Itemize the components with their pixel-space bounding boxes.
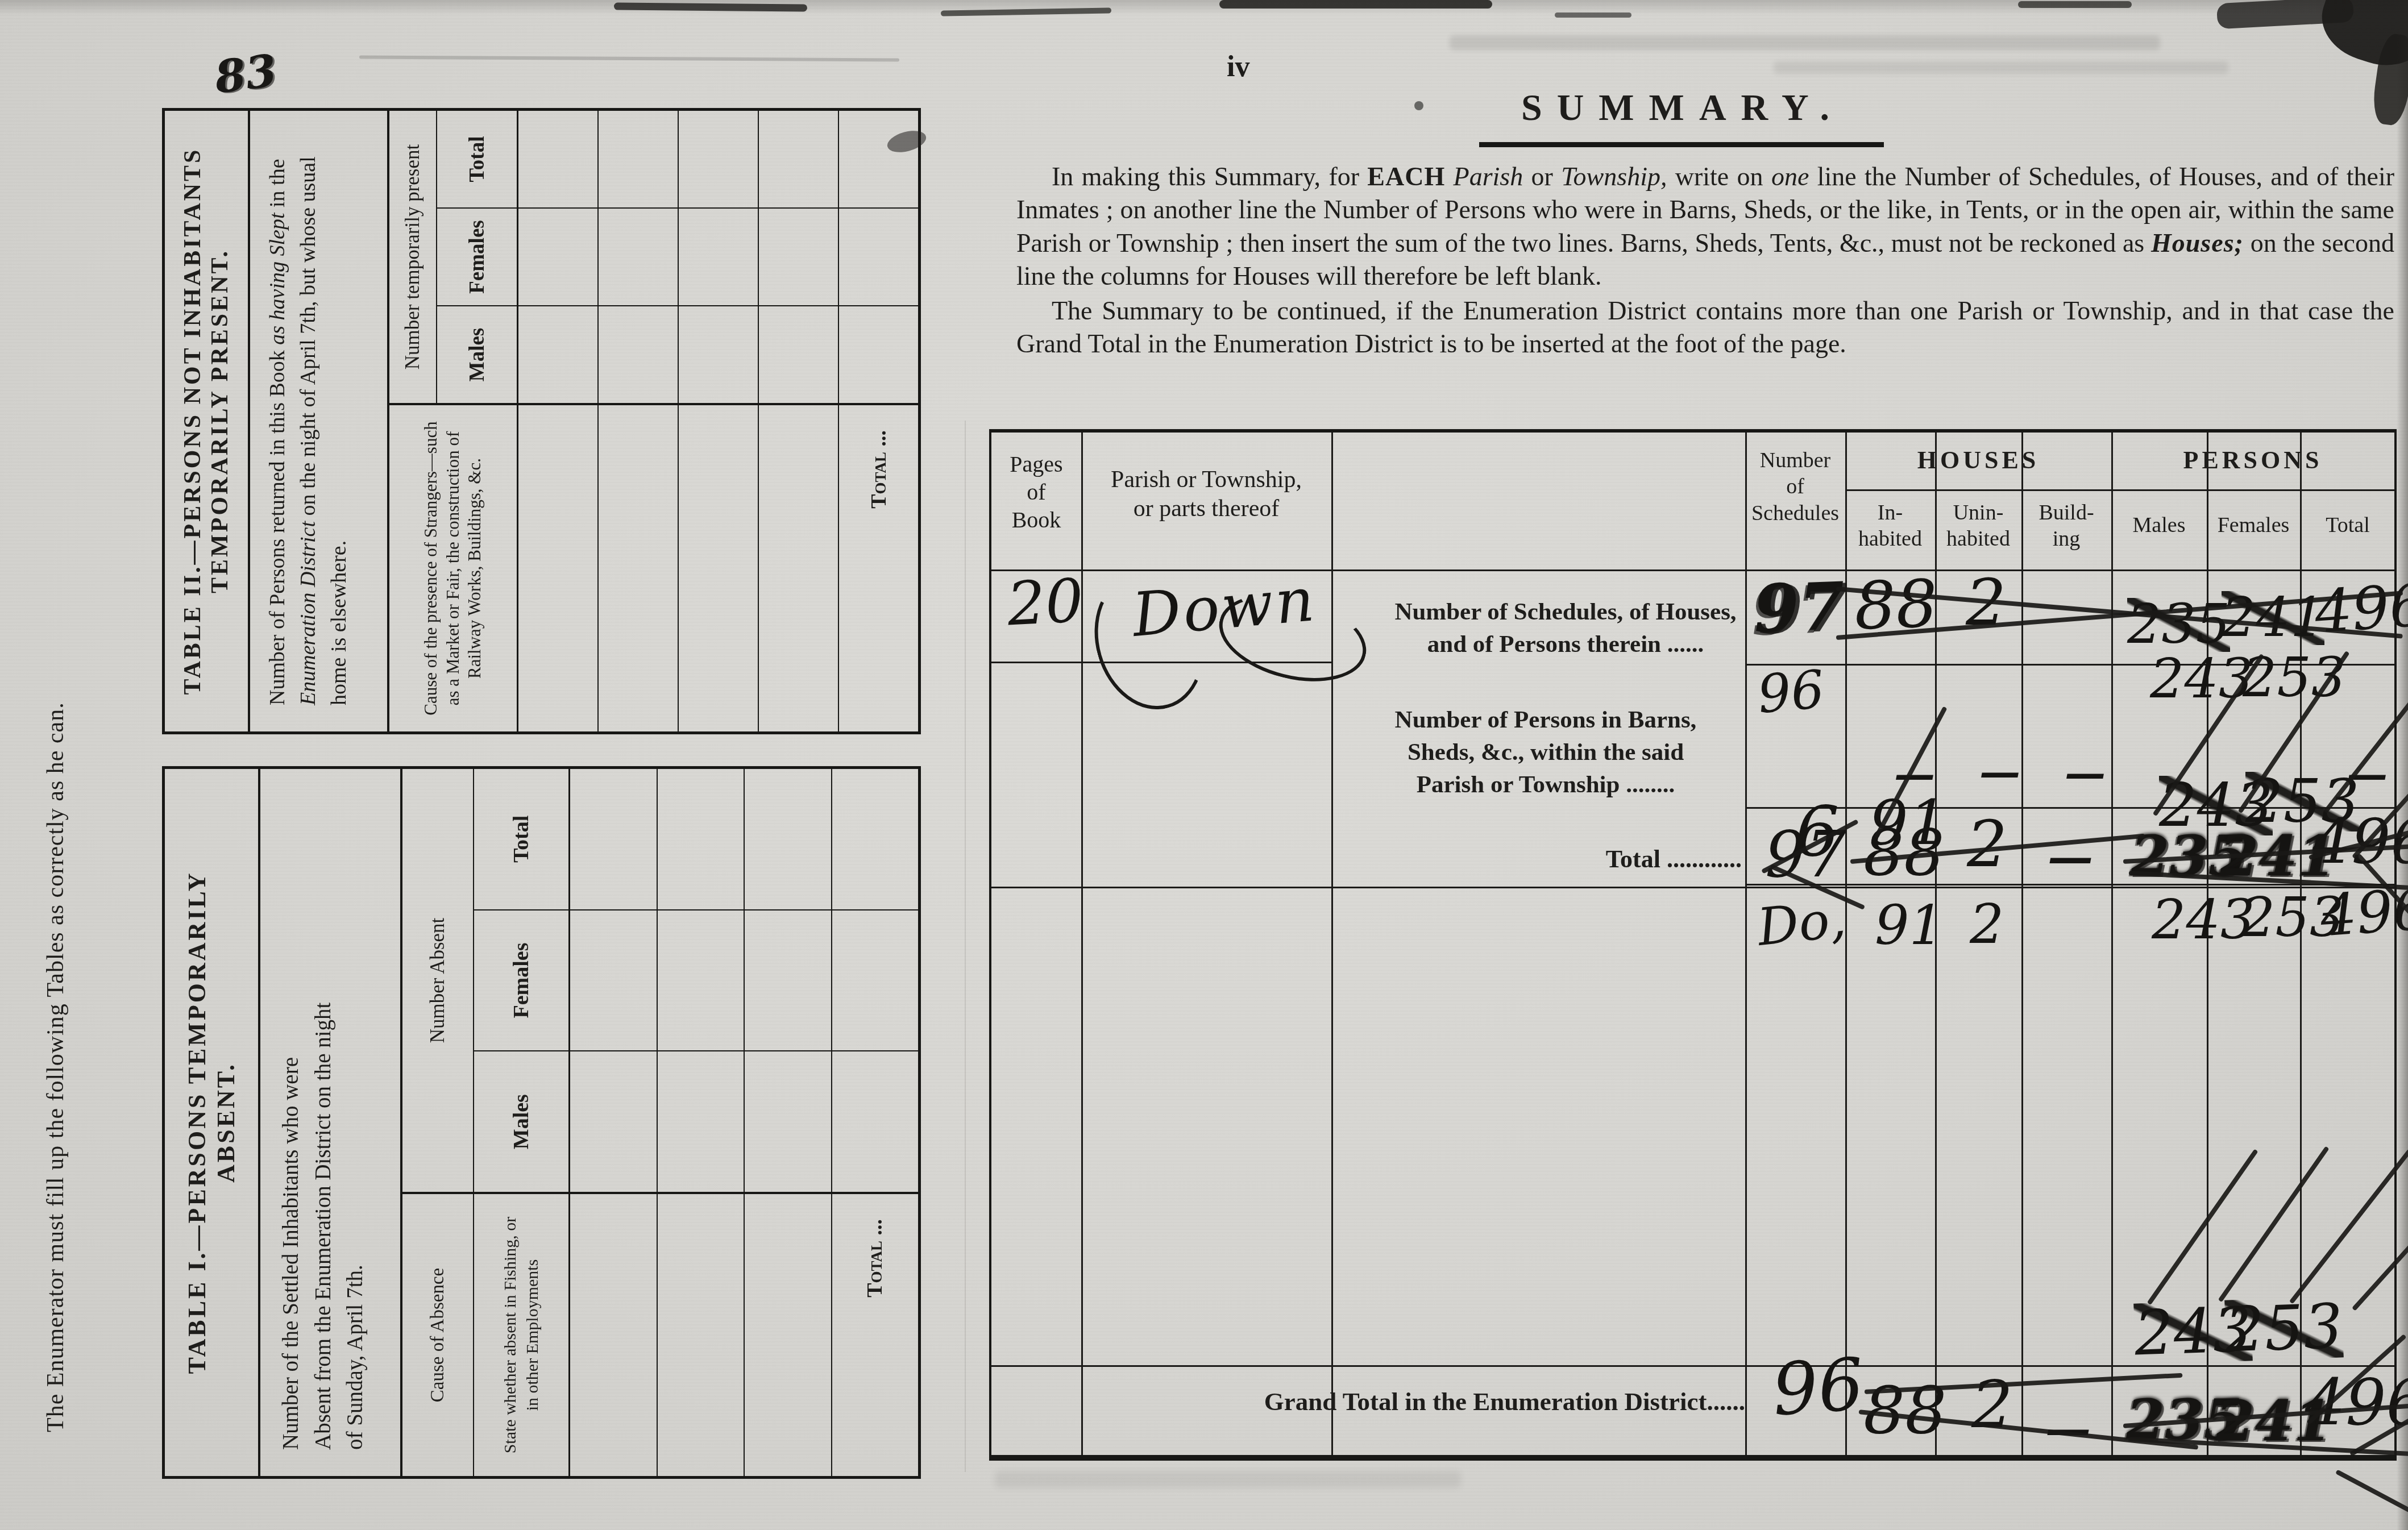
table2-group-header: Number temporarily present bbox=[389, 111, 436, 403]
table2-col-total: Total bbox=[437, 111, 517, 207]
table1-col-males: Males bbox=[474, 1050, 568, 1192]
summary-paragraph-2: The Summary to be continued, if the Enum… bbox=[1016, 294, 2394, 361]
summary-instructions: In making this Summary, for EACH Parish … bbox=[1016, 160, 2394, 361]
table1-data-rows: Total ... bbox=[568, 769, 918, 1476]
col-group-persons: PERSONS bbox=[2111, 445, 2394, 476]
table1-cause-header: Cause of Absence bbox=[402, 1192, 473, 1476]
margin-instruction: The Enumerator must fill up the followin… bbox=[42, 165, 69, 1432]
col-header-males: Males bbox=[2111, 512, 2207, 538]
hw-r1-schedules-corrected: 96 bbox=[1755, 663, 1826, 721]
table1-header-row-b: State whether absent in Fishing, or in o… bbox=[473, 769, 568, 1476]
para-seg: write on bbox=[1667, 162, 1771, 191]
col-group-houses: HOUSES bbox=[1845, 445, 2111, 476]
hw-r1-males-corrected: 243 bbox=[2150, 652, 2253, 706]
col-header-females: Females bbox=[2207, 512, 2300, 538]
heading-rule bbox=[1479, 142, 1884, 147]
table1-col-total: Total bbox=[474, 769, 568, 909]
col-header-building: Build- ing bbox=[2021, 500, 2111, 552]
hw-grand-schedules: 96 bbox=[1770, 1349, 1866, 1427]
para-seg: Houses; bbox=[2151, 228, 2244, 257]
column-rule bbox=[2021, 433, 2023, 1455]
hw-corrected-row-ditto: Do, bbox=[1755, 893, 1849, 954]
table-row bbox=[570, 769, 657, 1476]
table2-header-row: Cause of the presence of Strangers—such … bbox=[387, 111, 517, 731]
hw-r2-building-dash: — bbox=[2065, 752, 2106, 793]
page-crease bbox=[965, 421, 966, 1472]
column-rule bbox=[2111, 433, 2113, 1455]
bleed-through bbox=[995, 1471, 1461, 1488]
col-header-uninhabited: Unin- habited bbox=[1935, 500, 2021, 552]
table2-title: TABLE II.—PERSONS NOT INHABITANTS TEMPOR… bbox=[165, 111, 248, 731]
row-rule bbox=[991, 569, 2394, 571]
table2: TABLE II.—PERSONS NOT INHABITANTS TEMPOR… bbox=[162, 108, 921, 734]
table-row bbox=[597, 111, 678, 731]
para-seg: one bbox=[1771, 162, 1809, 191]
para-seg: or bbox=[1523, 162, 1561, 191]
para-seg: EACH bbox=[1367, 162, 1445, 191]
table2-desc-seg: as having Slept bbox=[265, 213, 289, 344]
census-summary-page: { "page": { "folio": "iv", "margin_note"… bbox=[0, 0, 2408, 1530]
handwritten-scribble: 83 bbox=[213, 49, 279, 101]
table-row-total: Total ... bbox=[838, 111, 918, 731]
para-seg: Township, bbox=[1561, 162, 1667, 191]
scan-streak bbox=[359, 56, 899, 62]
hw-corrected-row-males: 243 bbox=[2152, 893, 2255, 947]
table1-description: Number of the Settled Inhabitants who we… bbox=[258, 769, 400, 1476]
table2-cause-header: Cause of the presence of Strangers—such … bbox=[389, 403, 517, 731]
col-header-parish: Parish or Township, or parts thereof bbox=[1081, 465, 1331, 523]
table2-data-rows: Total ... bbox=[517, 111, 918, 731]
table1-col-females: Females bbox=[474, 909, 568, 1051]
table2-description: Number of Persons returned in this Book … bbox=[248, 111, 387, 731]
page-number: iv bbox=[1227, 50, 1249, 84]
table2-rotated-box: TABLE II.—PERSONS NOT INHABITANTS TEMPOR… bbox=[162, 108, 921, 734]
hw-corrected-row-total: 496 bbox=[2319, 880, 2408, 945]
hw-grand-building-dash: — bbox=[2045, 1406, 2091, 1452]
row-label-barns-sheds: Number of Persons in Barns, Sheds, &c., … bbox=[1348, 704, 1743, 801]
table-row bbox=[657, 769, 744, 1476]
row-label-schedules-houses: Number of Schedules, of Houses, and of P… bbox=[1389, 596, 1742, 661]
table1: TABLE I.—PERSONS TEMPORARILY ABSENT. Num… bbox=[162, 766, 921, 1479]
para-seg bbox=[1445, 162, 1453, 191]
table2-col-males: Males bbox=[437, 305, 517, 403]
bleed-through bbox=[1774, 61, 2228, 74]
col-header-pages-of-book: Pages of Book bbox=[991, 451, 1081, 534]
col-header-schedules: Number of Schedules bbox=[1745, 447, 1845, 526]
table1-title: TABLE I.—PERSONS TEMPORARILY ABSENT. bbox=[165, 769, 258, 1476]
hw-parish-name: Down bbox=[1130, 569, 1319, 646]
ink-dot bbox=[1414, 101, 1423, 110]
scan-edge-shadow bbox=[0, 0, 2408, 15]
table2-col-females: Females bbox=[437, 207, 517, 305]
hw-corrected-row-inhabited: 91 bbox=[1875, 899, 1944, 953]
hw-grand-females-previous: 253 bbox=[2224, 1296, 2344, 1361]
col-header-inhabited: In- habited bbox=[1845, 500, 1935, 552]
col-header-total: Total bbox=[2300, 512, 2395, 538]
table1-total-label: Total ... bbox=[832, 1192, 919, 1476]
summary-heading: SUMMARY. bbox=[1444, 86, 1921, 130]
hw-r2-uninhabited-dash: — bbox=[1979, 751, 2020, 792]
hw-r1-schedules: 97 bbox=[1753, 573, 1846, 642]
table1-group-header: Number Absent bbox=[402, 769, 473, 1192]
table2-total-label: Total ... bbox=[839, 403, 918, 731]
hw-corrected-row-uninhabited: 2 bbox=[1970, 898, 2004, 952]
hw-total-row-uninhabited: 2 bbox=[1967, 813, 2007, 876]
table-row bbox=[678, 111, 758, 731]
scan-edge-shadow bbox=[2397, 0, 2408, 1530]
table-row bbox=[758, 111, 838, 731]
hw-pages-of-book: 20 bbox=[1006, 571, 1085, 635]
table1-header-row-a: Cause of Absence Number Absent bbox=[400, 769, 473, 1476]
table1-cause-subheader: State whether absent in Fishing, or in o… bbox=[474, 1192, 568, 1476]
para-seg: In making this Summary, for bbox=[1052, 162, 1367, 191]
table2-number-present-group: Number temporarily present Males Females… bbox=[389, 111, 517, 403]
table2-desc-seg: Number of Persons returned in this Book bbox=[265, 345, 289, 705]
row-label-grand-total: Grand Total in the Enumeration District.… bbox=[1162, 1385, 1745, 1419]
bleed-through bbox=[1450, 35, 2160, 50]
column-rule bbox=[1745, 433, 1747, 1455]
row-rule bbox=[1845, 489, 2394, 491]
row-label-total: Total ............ bbox=[1492, 843, 1747, 876]
table-row bbox=[518, 111, 597, 731]
table1-rotated-box: TABLE I.—PERSONS TEMPORARILY ABSENT. Num… bbox=[162, 766, 921, 1479]
column-rule bbox=[1331, 433, 1333, 1455]
table2-desc-seg: in the bbox=[265, 159, 289, 213]
summary-paragraph-1: In making this Summary, for EACH Parish … bbox=[1016, 160, 2394, 293]
table-row bbox=[744, 769, 831, 1476]
table-row-total: Total ... bbox=[831, 769, 919, 1476]
para-seg: Parish bbox=[1454, 162, 1523, 191]
table2-desc-seg: Enumeration District bbox=[296, 521, 320, 705]
